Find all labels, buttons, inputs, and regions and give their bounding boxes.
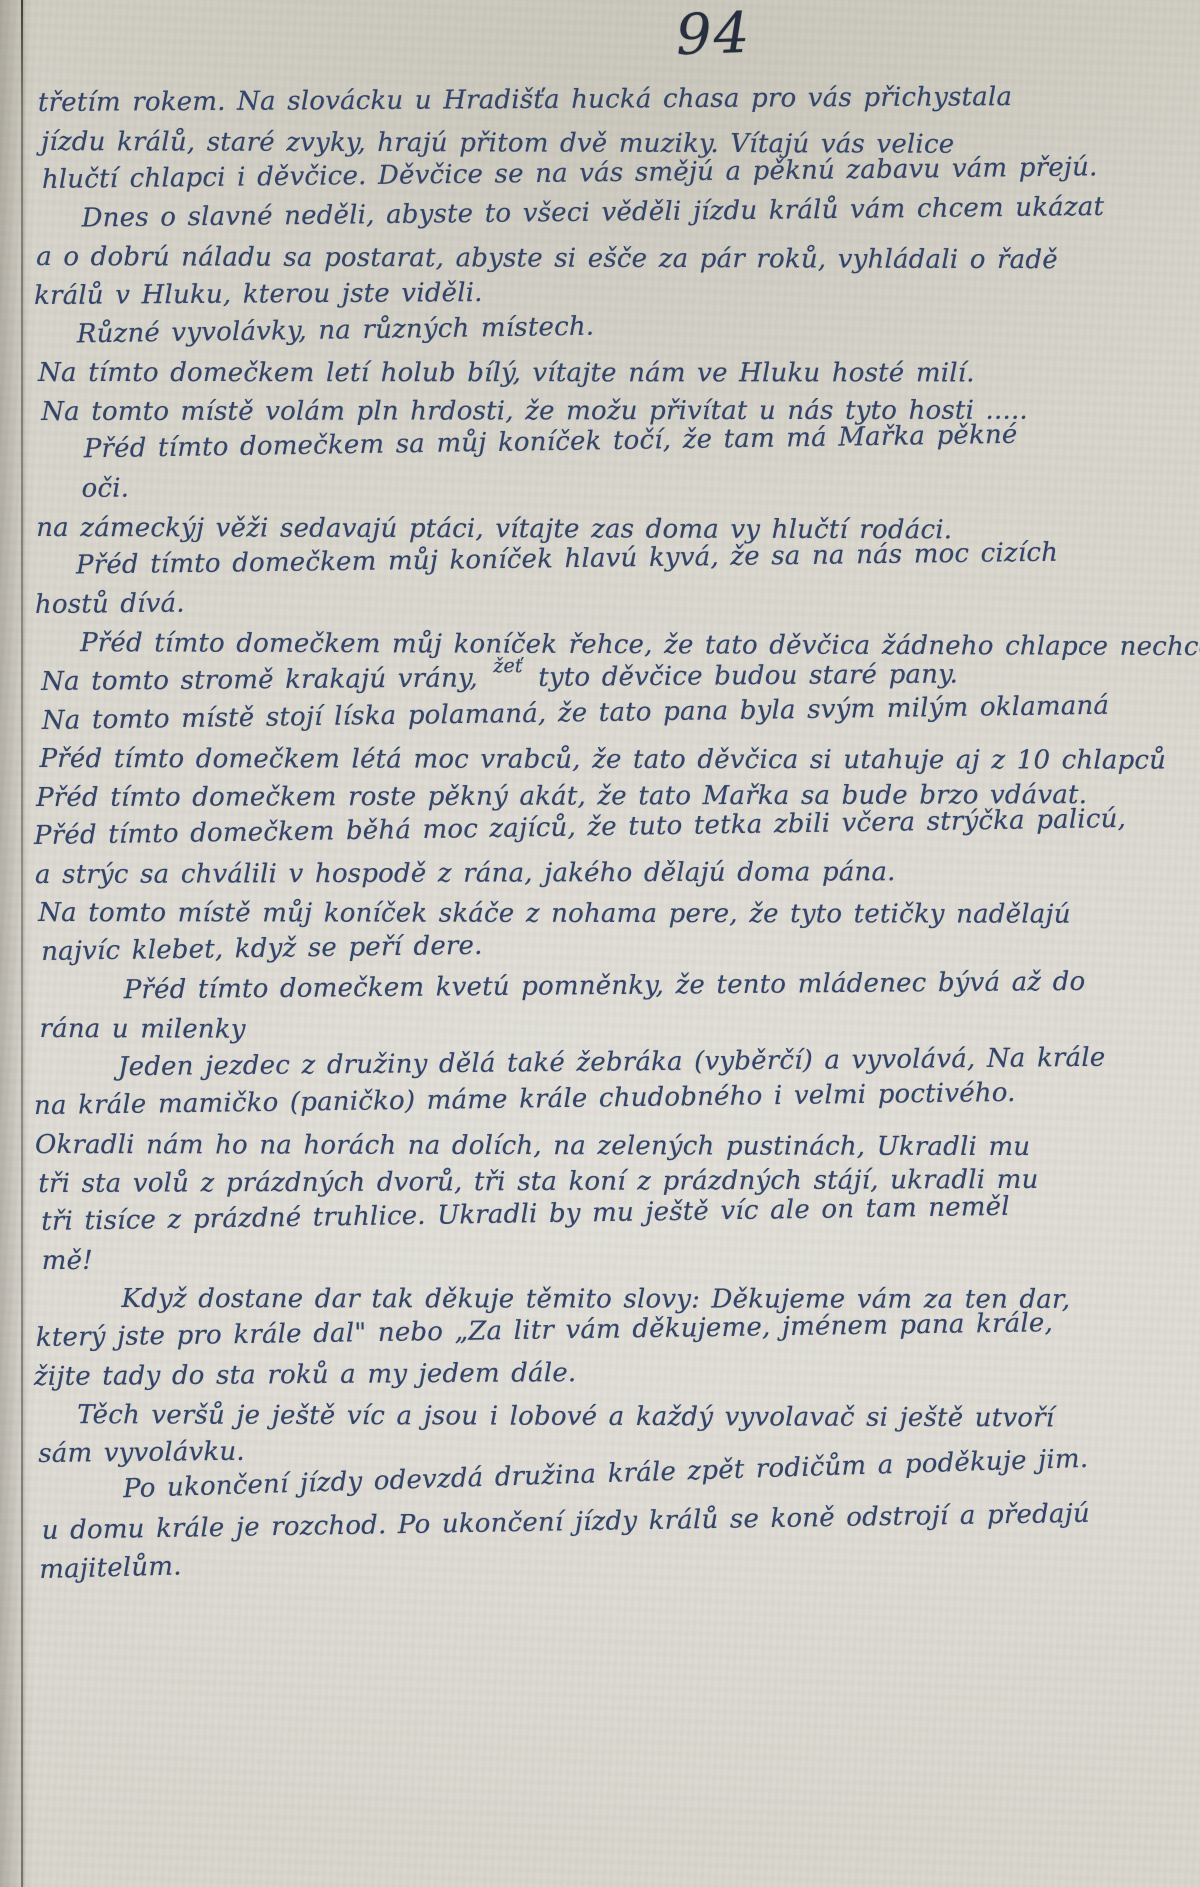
line-text-after: tyto děvčice budou staré pany.	[527, 659, 958, 693]
manuscript-line: a strýc sa chválili v hospodě z rána, ja…	[35, 856, 1187, 898]
manuscript-line: mě!	[42, 1244, 1194, 1285]
manuscript-page: 94 třetím rokem. Na slovácku u Hradišťa …	[0, 0, 1200, 1887]
page-margin-line	[21, 0, 23, 1887]
inserted-word-above-line: žeť	[493, 655, 523, 677]
manuscript-line: oči.	[40, 469, 1192, 513]
manuscript-line: žijte tady do sta roků a my jedem dále.	[34, 1353, 1186, 1400]
line-text-before: Na tomto stromě krakajú vrány,	[41, 663, 489, 697]
paper-edge-shading	[0, 0, 34, 1887]
manuscript-line: třetím rokem. Na slovácku u Hradišťa huc…	[38, 81, 1190, 127]
manuscript-line: Na tímto domečkem letí holub bílý, vítaj…	[38, 358, 1190, 397]
manuscript-line: Přéd tímto domečkem létá moc vrabců, že …	[40, 744, 1192, 784]
page-number: 94	[675, 1, 752, 69]
manuscript-body: třetím rokem. Na slovácku u Hradišťa huc…	[38, 88, 1190, 1593]
